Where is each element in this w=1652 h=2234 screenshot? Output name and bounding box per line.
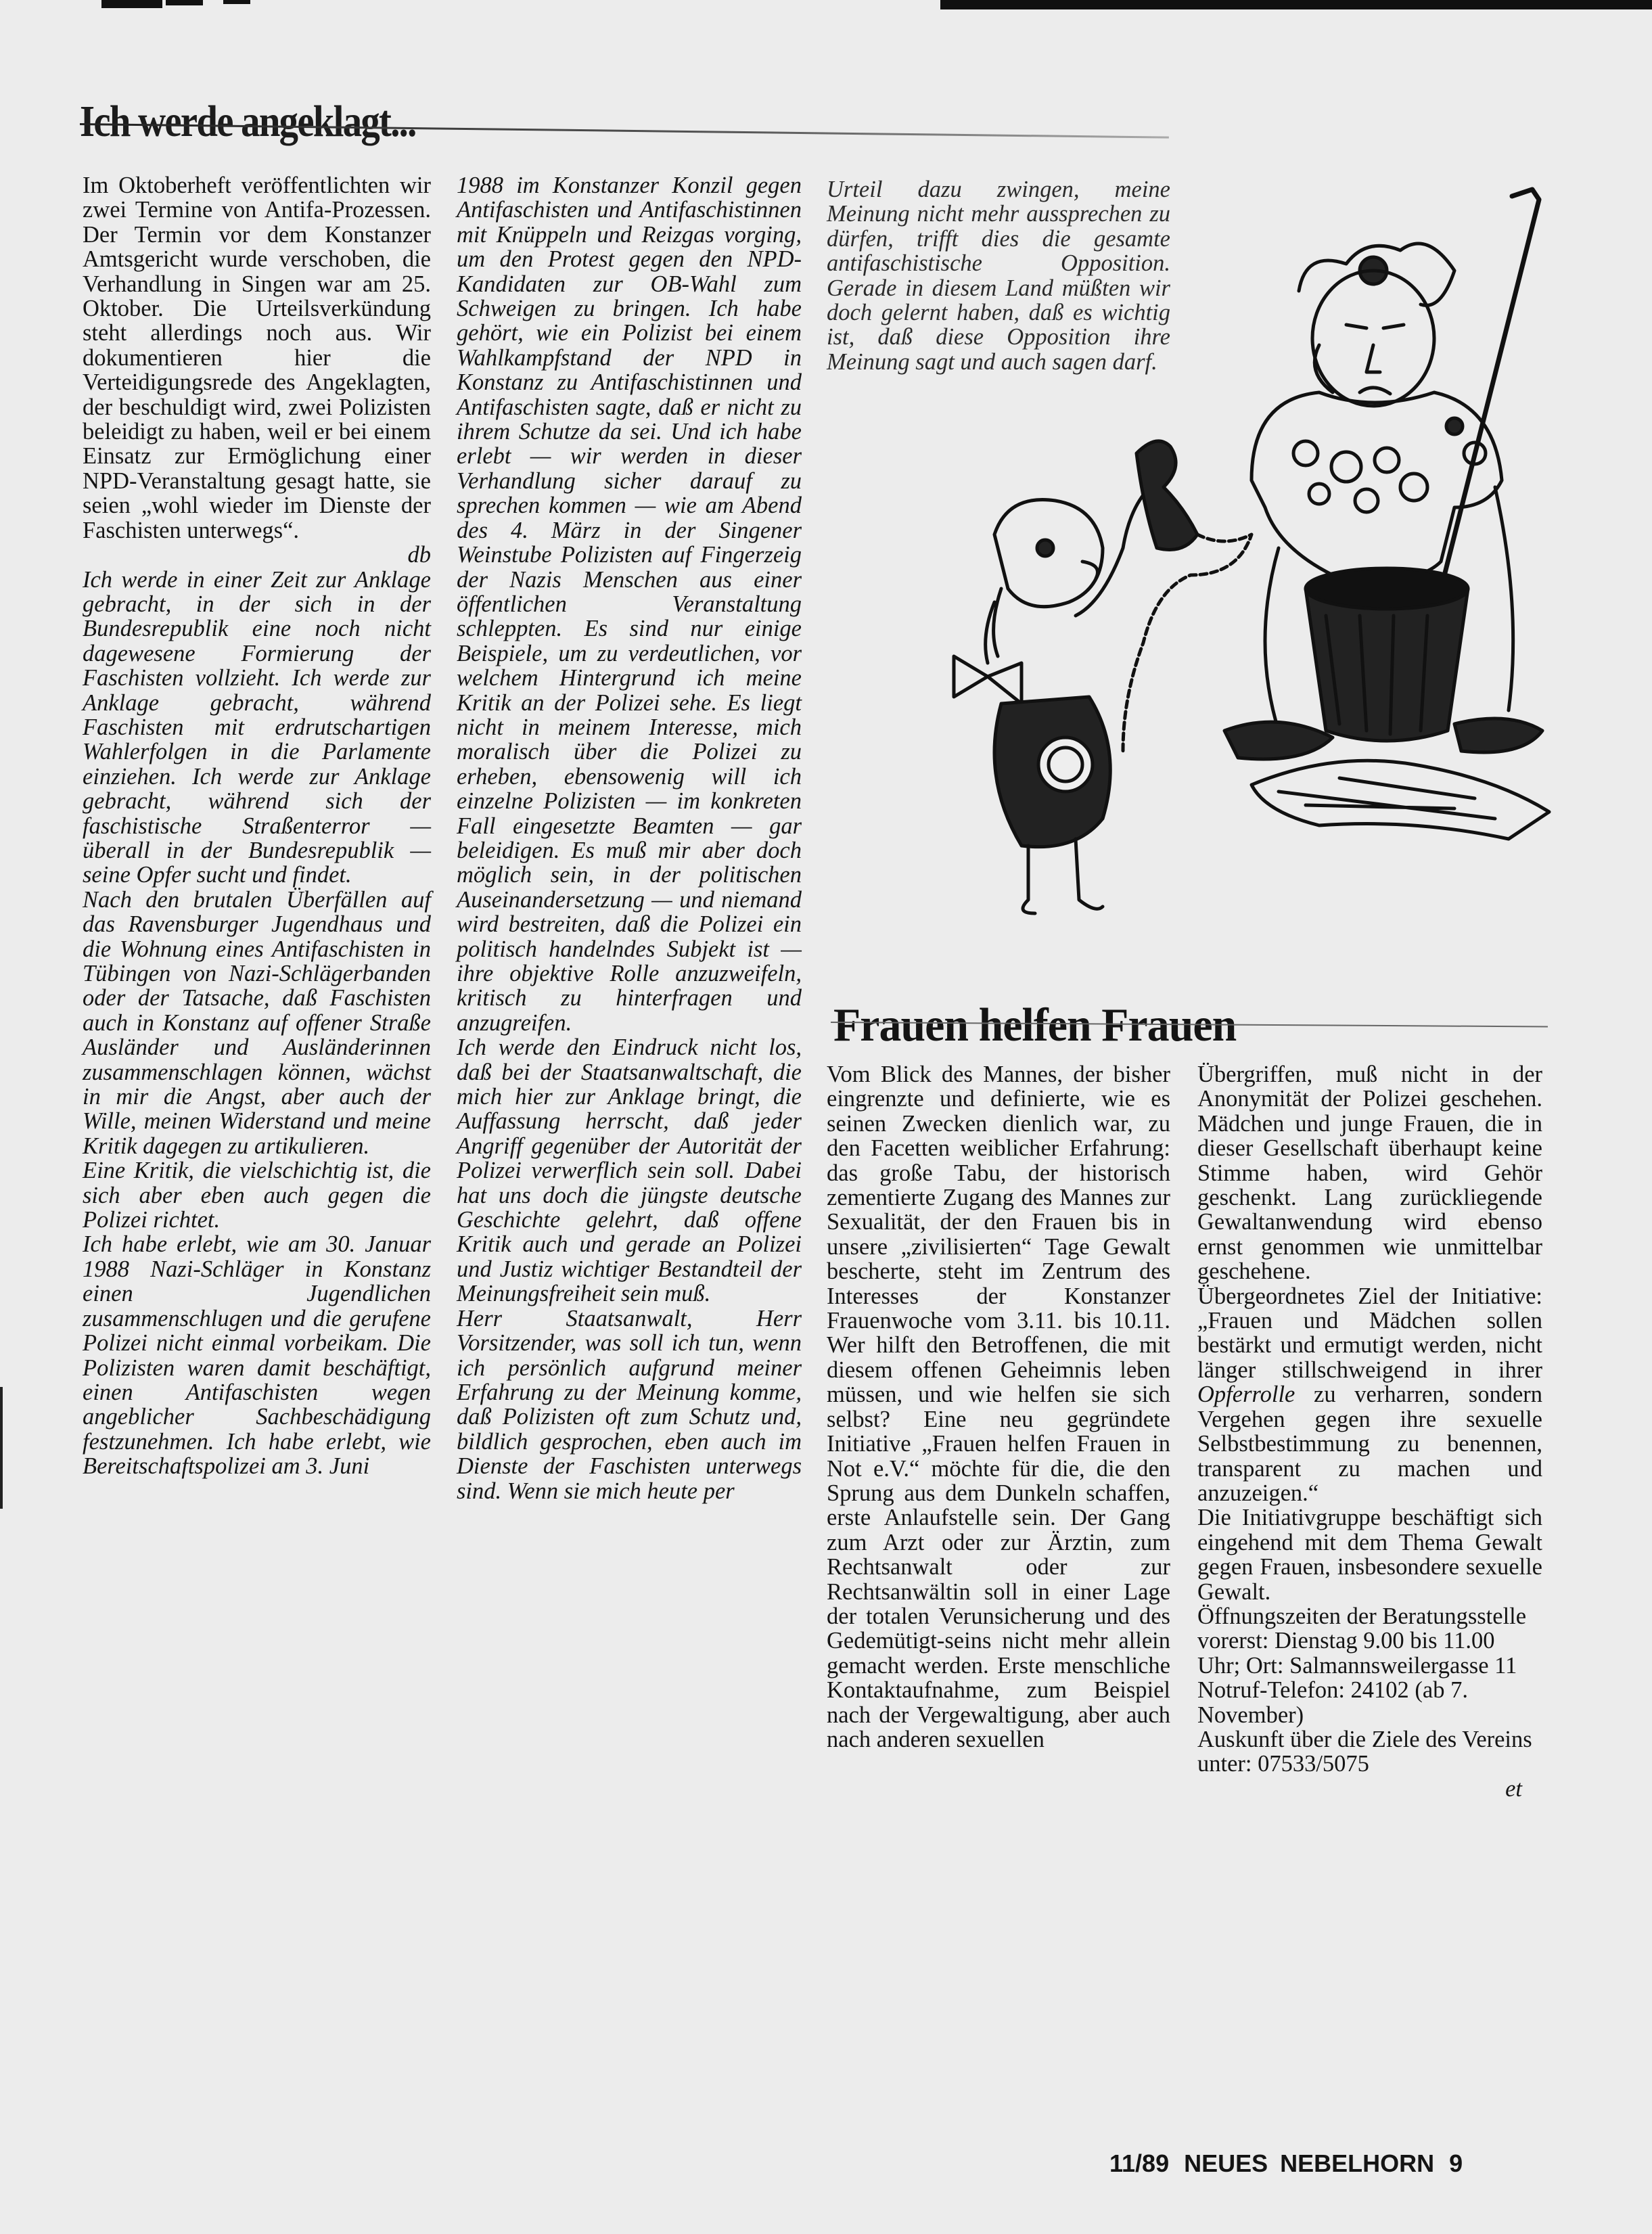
body-paragraph: Herr Staatsanwalt, Herr Vorsitzender, wa…	[457, 1306, 802, 1503]
article-headline-frauen-helfen-frauen: Frauen helfen Frauen	[833, 999, 1236, 1053]
body-paragraph: Nach den brutalen Überfällen auf das Rav…	[83, 888, 431, 1158]
author-signature: et	[1197, 1777, 1522, 1801]
body-paragraph: Ich werde den Eindruck nicht los, daß be…	[457, 1035, 802, 1306]
emphasis-opferrolle: Opferrolle	[1197, 1382, 1295, 1407]
page-edge-mark	[0, 1387, 3, 1509]
body-paragraph: Ich werde in einer Zeit zur Anklage gebr…	[83, 568, 431, 888]
author-signature: db	[83, 543, 431, 567]
article-1-column-1: Im Oktoberheft veröffentlichten wir zwei…	[83, 173, 431, 1479]
previous-page-image-edge	[0, 0, 1652, 11]
article-intro: Im Oktoberheft veröffentlichten wir zwei…	[83, 173, 431, 568]
publication-name: NEUES NEBELHORN	[1184, 2149, 1434, 2177]
body-paragraph: 1988 im Konstanzer Konzil gegen Antifasc…	[457, 173, 802, 1035]
article-headline-ich-werde-angeklagt: Ich werde angeklagt...	[80, 96, 416, 147]
article-2-column-2: Übergriffen, muß nicht in der Anonymität…	[1197, 1062, 1542, 1801]
cartoon-illustration	[900, 169, 1576, 927]
body-paragraph: Übergeordnetes Ziel der Initiative: „Fra…	[1197, 1284, 1542, 1506]
body-paragraph: Eine Kritik, die vielschichtig ist, die …	[83, 1158, 431, 1232]
body-paragraph: Ich habe erlebt, wie am 30. Januar 1988 …	[83, 1232, 431, 1478]
body-paragraph: Vom Blick des Mannes, der bisher eingren…	[827, 1062, 1170, 1752]
contact-info: Auskunft über die Ziele des Vereins unte…	[1197, 1727, 1542, 1777]
body-paragraph: Übergriffen, muß nicht in der Anonymität…	[1197, 1062, 1542, 1284]
text-run: Übergeordnetes Ziel der Initiative: „Fra…	[1197, 1283, 1542, 1383]
page-footer: 11/89NEUES NEBELHORN9	[1109, 2149, 1477, 2178]
article-1-column-2: 1988 im Konstanzer Konzil gegen Antifasc…	[457, 173, 802, 1503]
page-number: 9	[1449, 2149, 1463, 2177]
body-paragraph: Die Initiativgruppe beschäftigt sich ein…	[1197, 1505, 1542, 1604]
intro-text: Im Oktoberheft veröffentlichten wir zwei…	[83, 173, 431, 543]
emergency-phone: Notruf-Telefon: 24102 (ab 7. November)	[1197, 1678, 1542, 1727]
opening-hours: Öffnungszeiten der Beratungsstelle vorer…	[1197, 1604, 1542, 1678]
issue-number: 11/89	[1109, 2149, 1169, 2177]
article-2-column-1: Vom Blick des Mannes, der bisher eingren…	[827, 1062, 1170, 1752]
